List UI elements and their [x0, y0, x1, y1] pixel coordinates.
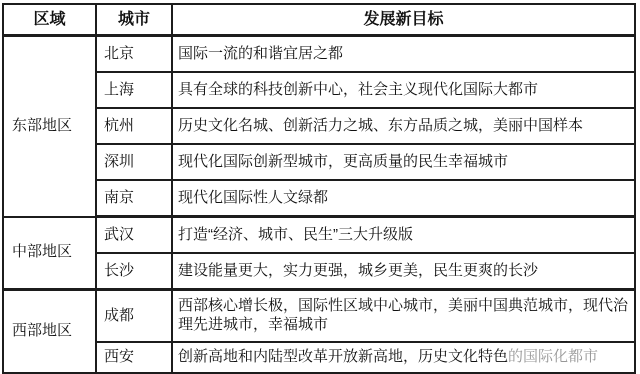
goal-cell: 西部核心增长极，国际性区域中心城市，美丽中国典范城市，现代治理先进城市，幸福城市 [172, 290, 635, 343]
goal-cell: 现代化国际创新型城市，更高质量的民生幸福城市 [172, 144, 635, 180]
goal-cell: 具有全球的科技创新中心，社会主义现代化国际大都市 [172, 72, 635, 108]
city-cell: 杭州 [96, 108, 172, 144]
goal-cell: 建设能量更大，实力更强，城乡更美，民生更爽的长沙 [172, 253, 635, 290]
region-cell-central: 中部地区 [3, 217, 96, 290]
table-row: 西部地区 成都 西部核心增长极，国际性区域中心城市，美丽中国典范城市，现代治理先… [3, 290, 635, 343]
region-cell-west: 西部地区 [3, 290, 96, 356]
table-row: 长沙 建设能量更大，实力更强，城乡更美，民生更爽的长沙 [3, 253, 635, 290]
table-row: 深圳 现代化国际创新型城市，更高质量的民生幸福城市 [3, 144, 635, 180]
goal-cell: 现代化国际性人文绿都 [172, 180, 635, 217]
city-development-goals-table: 区域 城市 发展新目标 东部地区 北京 国际一流的和谐宜居之都 上海 具有全球的… [2, 3, 636, 355]
city-cell: 深圳 [96, 144, 172, 180]
region-cell-east: 东部地区 [3, 36, 96, 217]
table-header-row: 区域 城市 发展新目标 [3, 4, 635, 36]
city-cell: 成都 [96, 290, 172, 343]
goal-text: 创新高地和内陆型改革开放新高地，历史文化特色 [178, 348, 508, 355]
table-row: 西安 创新高地和内陆型改革开放新高地，历史文化特色的国际化都市 [3, 342, 635, 355]
region-column-header: 区域 [3, 4, 96, 36]
goal-cell: 历史文化名城、创新活力之城、东方品质之城，美丽中国样本 [172, 108, 635, 144]
city-cell: 南京 [96, 180, 172, 217]
table-row: 上海 具有全球的科技创新中心，社会主义现代化国际大都市 [3, 72, 635, 108]
goal-column-header: 发展新目标 [172, 4, 635, 36]
table-row: 中部地区 武汉 打造“经济、城市、民生”三大升级版 [3, 217, 635, 254]
goal-cell: 创新高地和内陆型改革开放新高地，历史文化特色的国际化都市 [172, 342, 635, 355]
city-column-header: 城市 [96, 4, 172, 36]
goal-text-faded-watermark: 的国际化都市 [508, 348, 598, 355]
city-cell: 北京 [96, 36, 172, 73]
city-cell: 上海 [96, 72, 172, 108]
goal-cell: 打造“经济、城市、民生”三大升级版 [172, 217, 635, 254]
city-cell: 武汉 [96, 217, 172, 254]
table-row: 杭州 历史文化名城、创新活力之城、东方品质之城，美丽中国样本 [3, 108, 635, 144]
table-row: 东部地区 北京 国际一流的和谐宜居之都 [3, 36, 635, 73]
city-cell: 西安 [96, 342, 172, 355]
goal-cell: 国际一流的和谐宜居之都 [172, 36, 635, 73]
table-row: 南京 现代化国际性人文绿都 [3, 180, 635, 217]
city-cell: 长沙 [96, 253, 172, 290]
